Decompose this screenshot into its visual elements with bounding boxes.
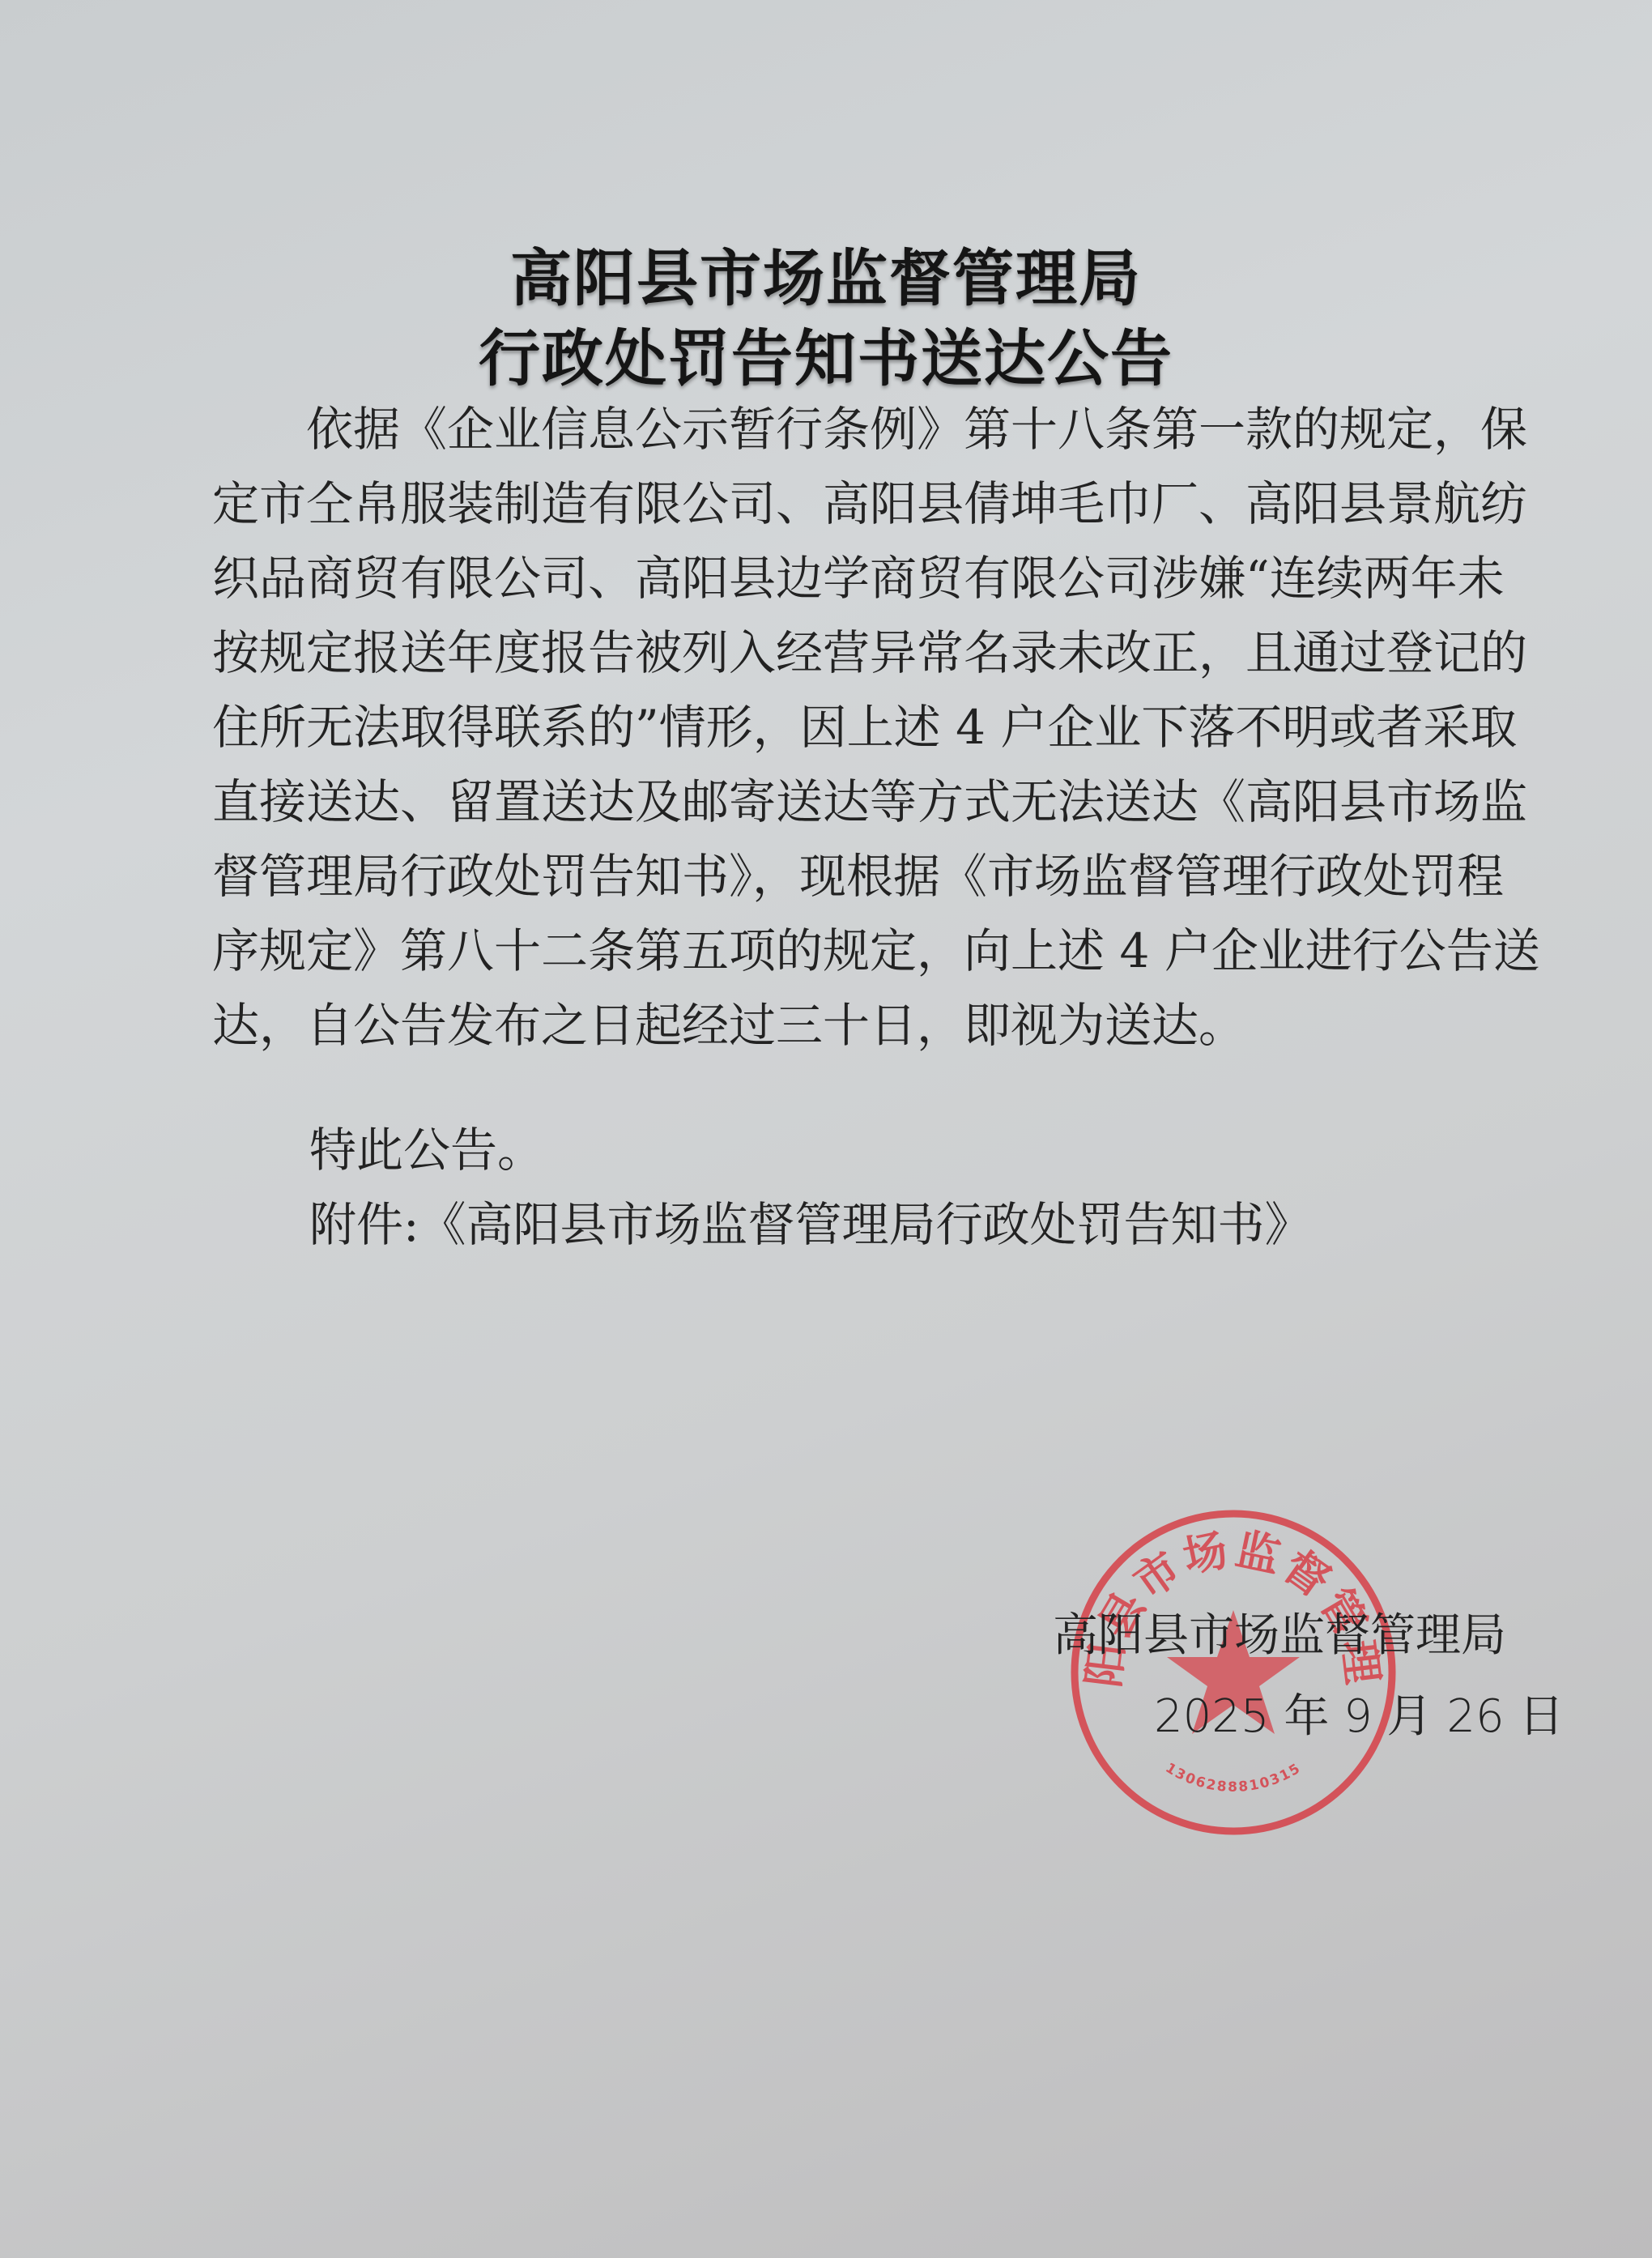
issuer-name: 高阳县市场监督管理局 [1053,1600,1506,1664]
body-line: 定市仝帛服装制造有限公司、高阳县倩坤毛巾厂、高阳县景航纺 [212,475,1500,532]
issue-date: 2025 年 9 月 26 日 [1154,1681,1564,1745]
title-line-2: 行政处罚告知书送达公告 [0,309,1652,398]
body-line: 直接送达、留置送达及邮寄送达等方式无法送达《高阳县市场监 [212,773,1500,830]
closing-text: 特此公告。 [309,1112,544,1180]
svg-text:1306288810315: 1306288810315 [1162,1760,1304,1796]
body-line: 达，自公告发布之日起经过三十日，即视为送达。 [212,997,1500,1054]
body-line: 督管理局行政处罚告知书》，现根据《市场监督管理行政处罚程 [212,848,1500,905]
attachment-text: 附件:《高阳县市场监督管理局行政处罚告知书》 [309,1187,1312,1255]
body-line: 依据《企业信息公示暂行条例》第十八条第一款的规定，保 [306,401,1500,458]
body-line: 按规定报送年度报告被列入经营异常名录未改正，且通过登记的 [212,624,1500,681]
body-line: 序规定》第八十二条第五项的规定，向上述 4 户企业进行公告送 [212,922,1500,979]
title-line-1: 高阳县市场监督管理局 [0,229,1652,317]
body-line: 住所无法取得联系的”情形，因上述 4 户企业下落不明或者采取 [212,699,1500,756]
body-line: 织品商贸有限公司、高阳县边学商贸有限公司涉嫌“连续两年未 [212,550,1500,607]
official-seal-icon: 高阳县市场监督管理局 1306288810315 [1067,1506,1399,1838]
